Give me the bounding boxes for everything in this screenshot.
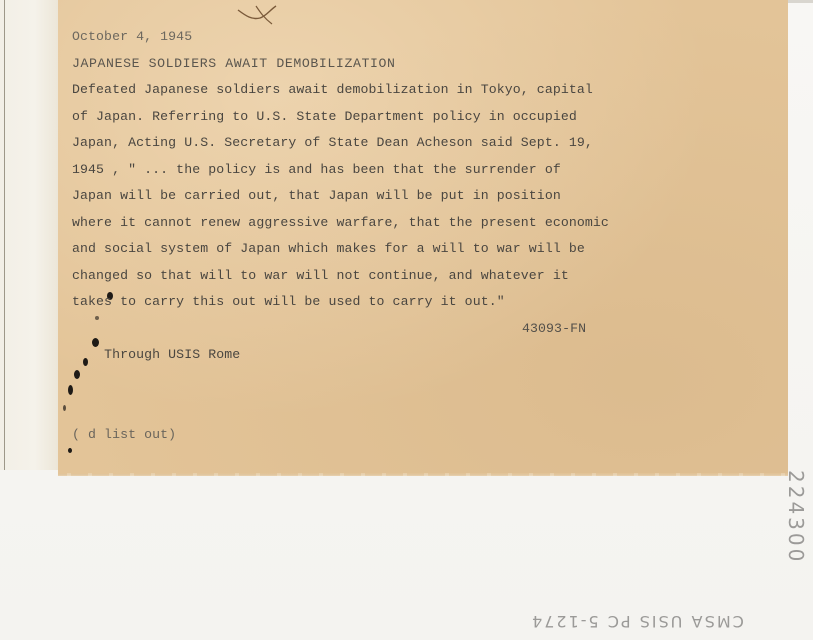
- pencil-collection-note: CMSA USIS PC 5-1274: [530, 612, 744, 631]
- distribution-note: ( d list out): [72, 422, 722, 449]
- caption-line: changed so that will to war will not con…: [72, 263, 722, 290]
- caption-line: Japan will be carried out, that Japan wi…: [72, 183, 722, 210]
- source-row: Through USIS Rome 43093-FN: [72, 316, 722, 422]
- caption-date: October 4, 1945: [72, 24, 722, 51]
- caption-line: 1945 , " ... the policy is and has been …: [72, 157, 722, 184]
- torn-edge: [58, 473, 788, 476]
- typed-caption: October 4, 1945 JAPANESE SOLDIERS AWAIT …: [72, 24, 722, 448]
- caption-line: Defeated Japanese soldiers await demobil…: [72, 77, 722, 104]
- reference-number: 43093-FN: [522, 316, 586, 343]
- caption-line: and social system of Japan which makes f…: [72, 236, 722, 263]
- caption-line: where it cannot renew aggressive warfare…: [72, 210, 722, 237]
- caption-headline: JAPANESE SOLDIERS AWAIT DEMOBILIZATION: [72, 51, 722, 78]
- caption-line: Japan, Acting U.S. Secretary of State De…: [72, 130, 722, 157]
- caption-line: takes to carry this out will be used to …: [72, 289, 722, 316]
- left-paper-strip: [0, 0, 59, 470]
- pencil-archive-number: 224300: [784, 470, 808, 564]
- source-credit: Through USIS Rome: [104, 347, 240, 362]
- caption-line: of Japan. Referring to U.S. State Depart…: [72, 104, 722, 131]
